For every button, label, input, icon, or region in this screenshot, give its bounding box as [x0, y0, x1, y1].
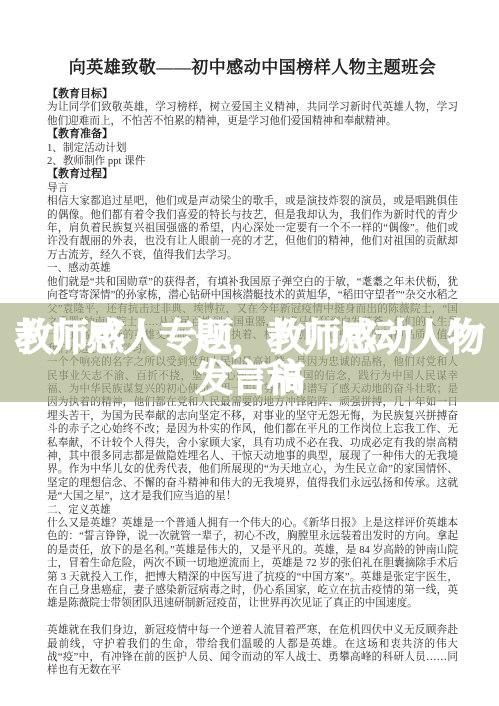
watermark-line2: 发言稿: [0, 358, 499, 399]
watermark-line1: 教师感人专题，教师感动人物: [0, 317, 499, 358]
paragraph: 英雄就在我们身边，新冠疫情中每一个逆着人流冒着严寒，在危机四伏中义无反顾奔赴最前…: [47, 624, 458, 678]
document-title: 向英雄致敬——初中感动中国榜样人物主题班会: [47, 57, 458, 79]
paragraph: 导言: [47, 182, 458, 195]
paragraph: 一、感动英雄: [47, 262, 458, 275]
watermark-text: 教师感人专题，教师感动人物 发言稿: [0, 317, 499, 399]
paragraph: 二、定义英雄: [47, 504, 458, 517]
paragraph: 相信大家都追过星吧，他们或是声动梁尘的歌手，或是演技炸裂的演员，或是唱跳俱佳的偶…: [47, 195, 458, 262]
blank-line: [47, 611, 458, 624]
section-heading: 【教育准备】: [47, 128, 458, 141]
paragraph: 为让同学们致敬英雄，学习榜样，树立爱国主义精神，共同学习新时代英雄人物，学习他们…: [47, 101, 458, 128]
section-heading: 【教育过程】: [47, 168, 458, 181]
paragraph: 1、制定活动计划: [47, 142, 458, 155]
section-heading: 【教育目标】: [47, 88, 458, 101]
paragraph: 2、教师制作 ppt 课件: [47, 155, 458, 168]
document-page: 向英雄致敬——初中感动中国榜样人物主题班会 【教育目标】为让同学们致敬英雄，学习…: [0, 0, 499, 706]
paragraph: 什么又是英雄？英雄是一个普通人拥有一个伟大的心。《新华日报》上是这样评价英雄本色…: [47, 517, 458, 611]
